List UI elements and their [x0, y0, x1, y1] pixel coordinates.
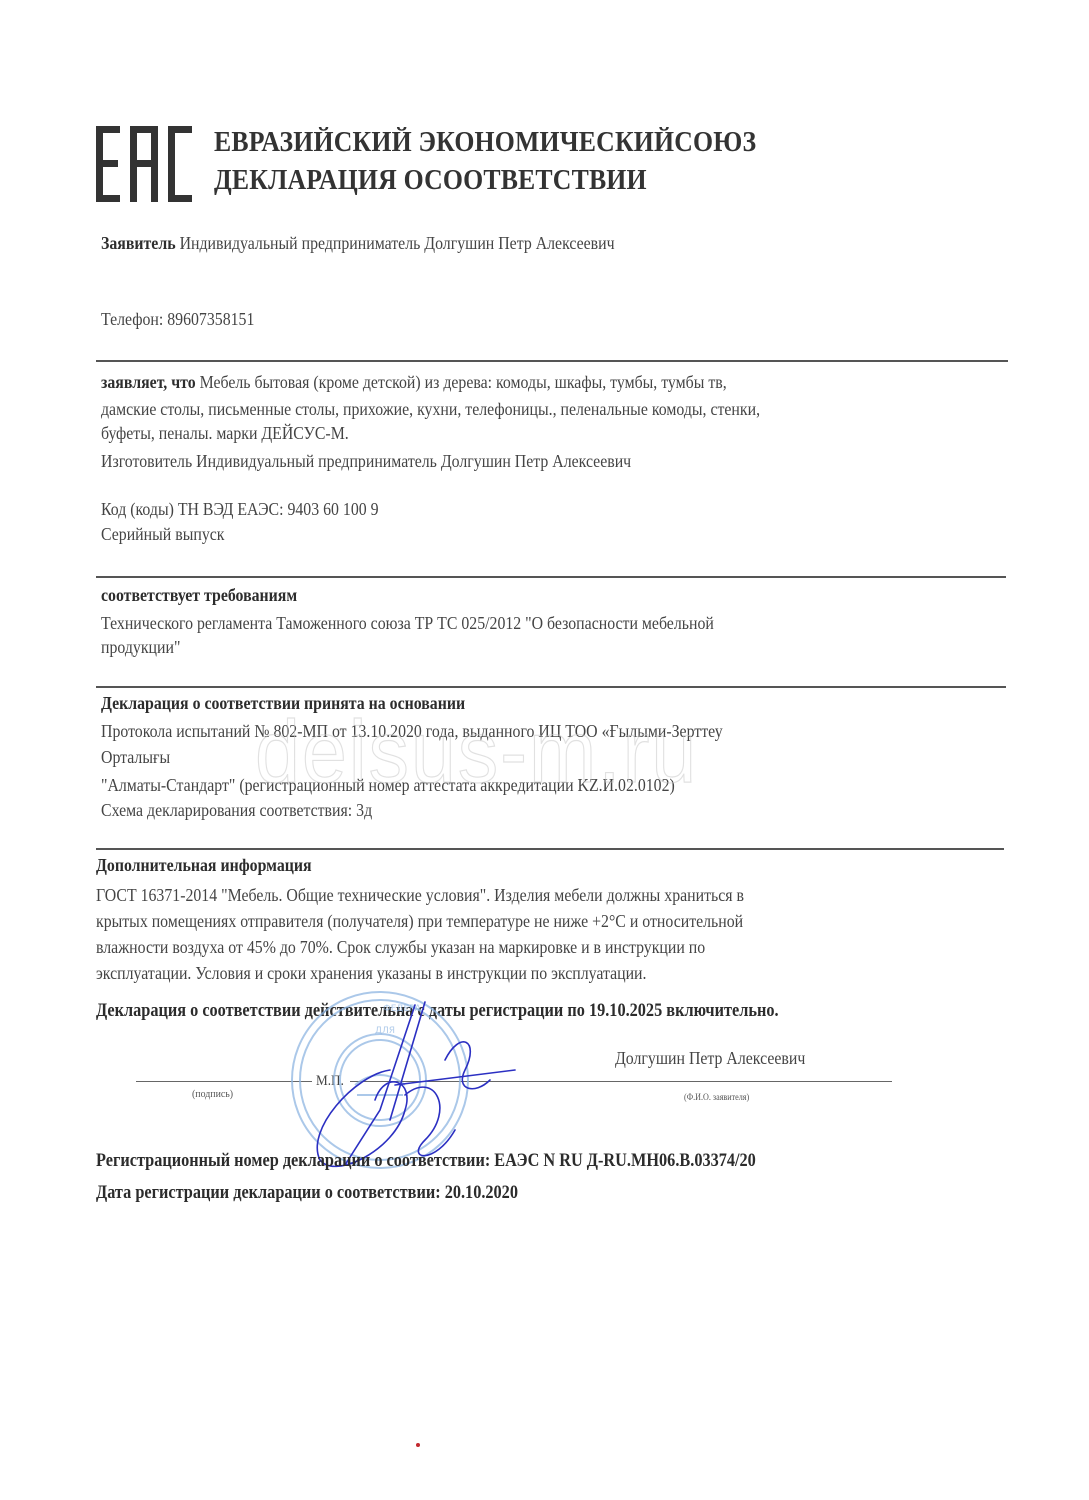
declares-line-2: дамские столы, письменные столы, прихожи… [101, 396, 760, 422]
basis-line-2: Орталығы [101, 744, 170, 770]
signature-caption: (подпись) [192, 1088, 233, 1100]
registration-number: Регистрационный номер декларации о соотв… [96, 1148, 756, 1174]
production-type: Серийный выпуск [101, 521, 224, 547]
declares-label: заявляет, что [101, 372, 196, 392]
additional-line-4: эксплуатации. Условия и сроки хранения у… [96, 960, 646, 986]
divider [96, 848, 1004, 850]
conforms-line-2: продукции" [101, 634, 180, 660]
applicant-label: Заявитель [101, 233, 176, 253]
name-caption: (Ф.И.О. заявителя) [684, 1092, 749, 1102]
additional-heading: Дополнительная информация [96, 852, 312, 878]
conforms-line-1: Технического регламента Таможенного союз… [101, 610, 714, 636]
divider [96, 686, 1006, 688]
declares-line-3: буфеты, пеналы. марки ДЕЙСУС-М. [101, 420, 349, 446]
validity-statement: Декларация о соответствии действительна … [96, 998, 779, 1024]
document-title: ЕВРАЗИЙСКИЙ ЭКОНОМИЧЕСКИЙСОЮЗ ДЕКЛАРАЦИЯ… [214, 124, 756, 200]
conforms-heading: соответствует требованиям [101, 582, 297, 608]
registration-date: Дата регистрации декларации о соответств… [96, 1180, 518, 1206]
eac-logo-icon [96, 126, 192, 202]
divider [96, 360, 1008, 362]
applicant-phone: Телефон: 89607358151 [101, 306, 254, 332]
additional-line-3: влажности воздуха от 45% до 70%. Срок сл… [96, 934, 705, 960]
additional-line-2: крытых помещениях отправителя (получател… [96, 908, 743, 934]
title-line-2: ДЕКЛАРАЦИЯ ОСООТВЕТСТВИИ [214, 162, 756, 200]
basis-line-3: "Алматы-Стандарт" (регистрационный номер… [101, 772, 675, 798]
svg-text:ДЛЯ: ДЛЯ [375, 1026, 395, 1036]
additional-line-1: ГОСТ 16371-2014 "Мебель. Общие техническ… [96, 882, 744, 908]
basis-line-4: Схема декларирования соответствия: 3д [101, 797, 372, 823]
divider [96, 576, 1006, 578]
declares-line-1: заявляет, что Мебель бытовая (кроме детс… [101, 369, 727, 395]
tn-ved-code: Код (коды) ТН ВЭД ЕАЭС: 9403 60 100 9 [101, 496, 379, 522]
signer-name: Долгушин Петр Алексеевич [615, 1045, 805, 1071]
declares-text: Мебель бытовая (кроме детской) из дерева… [196, 372, 727, 392]
manufacturer-line: Изготовитель Индивидуальный предпринимат… [101, 448, 631, 474]
basis-line-1: Протокола испытаний № 802-МП от 13.10.20… [101, 718, 723, 744]
title-line-1: ЕВРАЗИЙСКИЙ ЭКОНОМИЧЕСКИЙСОЮЗ [214, 124, 756, 162]
stamp-label: М.П. [316, 1068, 344, 1094]
applicant-line: Заявитель Индивидуальный предприниматель… [101, 230, 615, 256]
red-mark [416, 1443, 420, 1447]
applicant-value: Индивидуальный предприниматель Долгушин … [176, 233, 615, 253]
name-line [350, 1081, 892, 1082]
signature-line [136, 1081, 312, 1082]
basis-heading: Декларация о соответствии принята на осн… [101, 690, 465, 716]
